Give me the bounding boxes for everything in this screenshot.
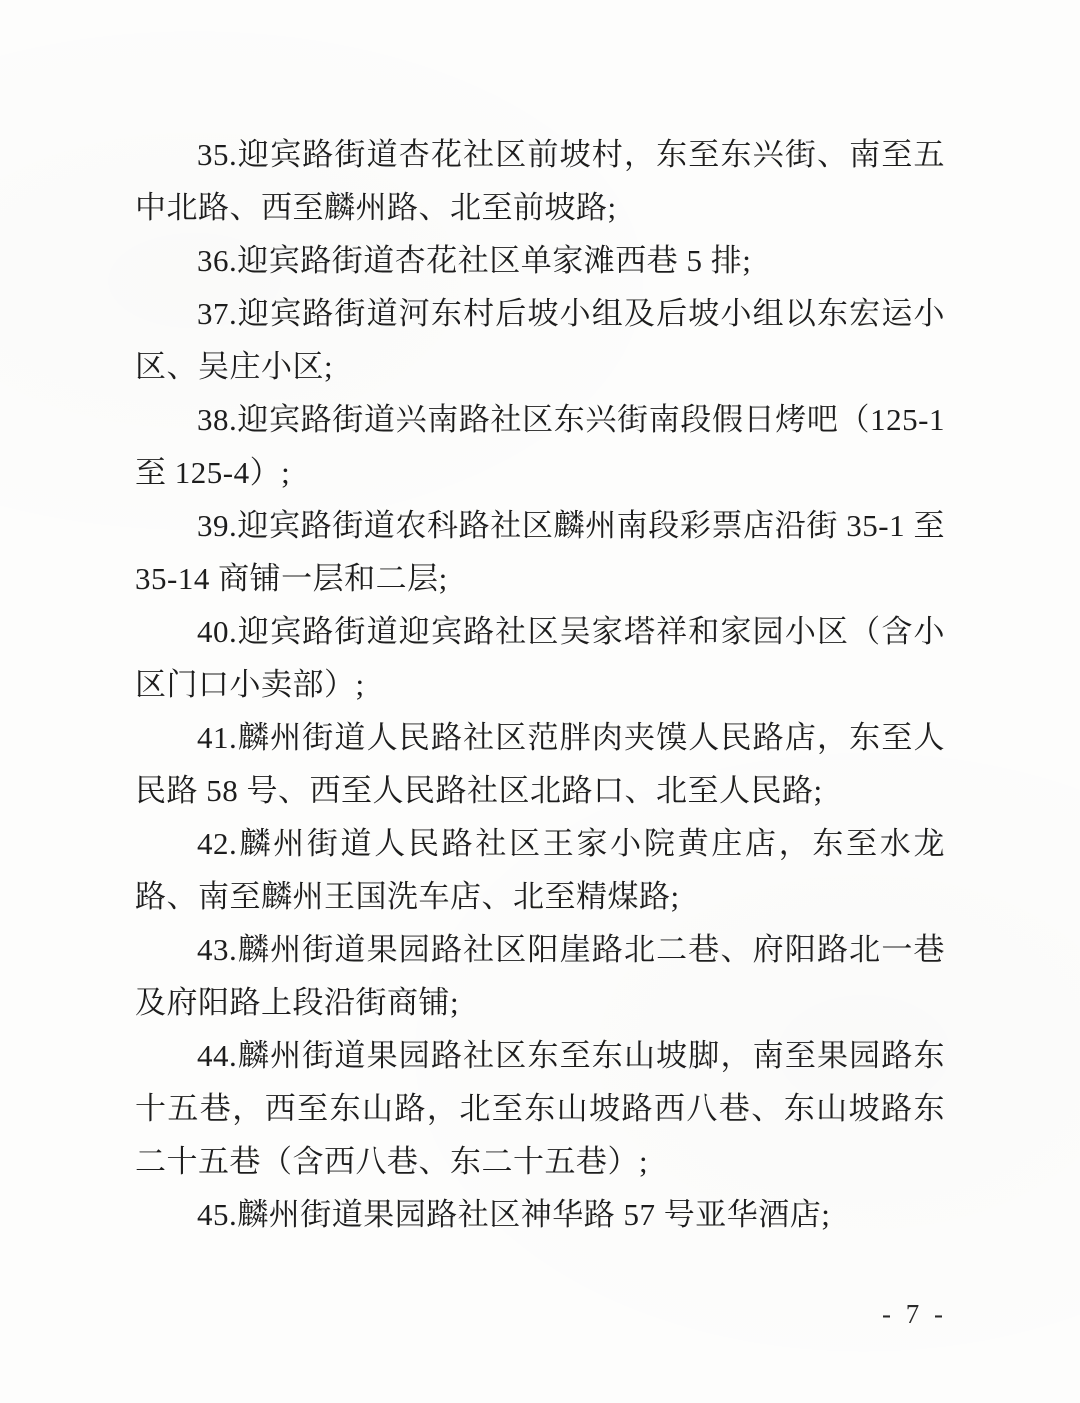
document-body: 35.迎宾路街道杏花社区前坡村，东至东兴街、南至五中北路、西至麟州路、北至前坡路…: [135, 128, 945, 1241]
list-item-44: 44.麟州街道果园路社区东至东山坡脚，南至果园路东十五巷，西至东山路，北至东山坡…: [135, 1029, 945, 1188]
list-item-36: 36.迎宾路街道杏花社区单家滩西巷 5 排;: [135, 234, 945, 287]
list-item-35: 35.迎宾路街道杏花社区前坡村，东至东兴街、南至五中北路、西至麟州路、北至前坡路…: [135, 128, 945, 234]
list-item-42: 42.麟州街道人民路社区王家小院黄庄店，东至水龙路、南至麟州王国洗车店、北至精煤…: [135, 817, 945, 923]
page: 35.迎宾路街道杏花社区前坡村，东至东兴街、南至五中北路、西至麟州路、北至前坡路…: [0, 0, 1080, 1403]
list-item-45: 45.麟州街道果园路社区神华路 57 号亚华酒店;: [135, 1188, 945, 1241]
list-item-38: 38.迎宾路街道兴南路社区东兴街南段假日烤吧（125-1 至 125-4）;: [135, 393, 945, 499]
page-number: - 7 -: [882, 1297, 947, 1331]
list-item-40: 40.迎宾路街道迎宾路社区吴家塔祥和家园小区（含小区门口小卖部）;: [135, 605, 945, 711]
list-item-43: 43.麟州街道果园路社区阳崖路北二巷、府阳路北一巷及府阳路上段沿街商铺;: [135, 923, 945, 1029]
list-item-41: 41.麟州街道人民路社区范胖肉夹馍人民路店，东至人民路 58 号、西至人民路社区…: [135, 711, 945, 817]
list-item-39: 39.迎宾路街道农科路社区麟州南段彩票店沿街 35-1 至 35-14 商铺一层…: [135, 499, 945, 605]
list-item-37: 37.迎宾路街道河东村后坡小组及后坡小组以东宏运小区、吴庄小区;: [135, 287, 945, 393]
scanned-document-page: { "page": { "background_color": "#fdfdfc…: [0, 0, 1080, 1403]
